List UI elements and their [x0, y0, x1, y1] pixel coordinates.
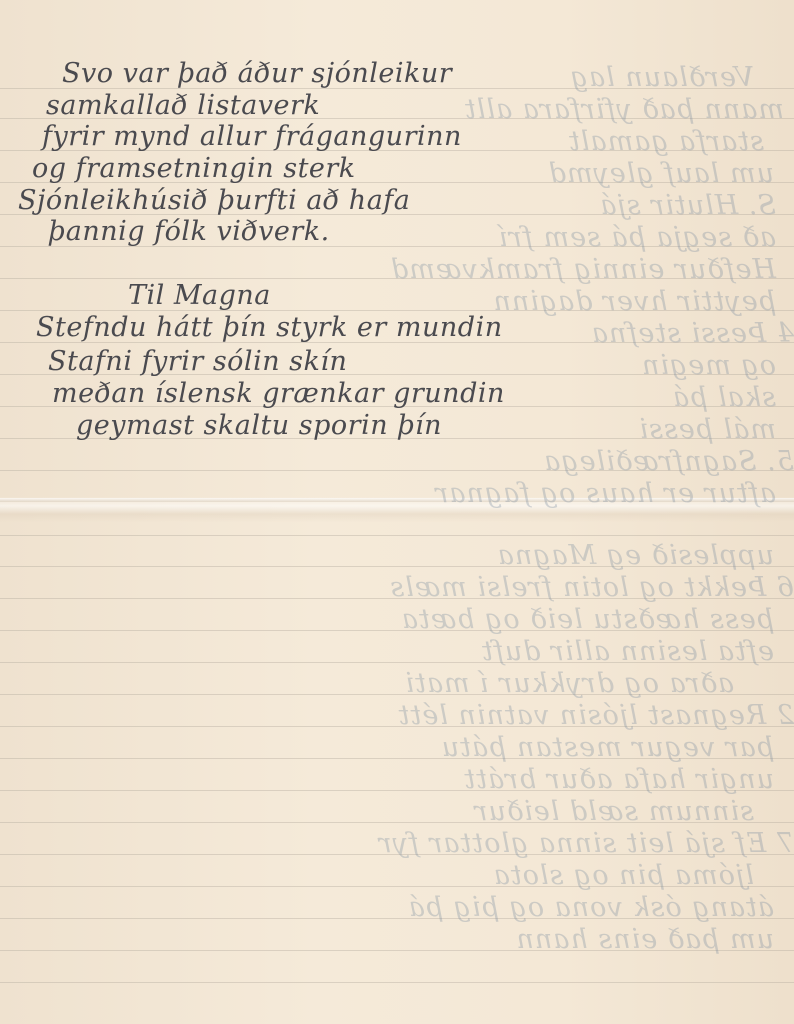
ruled-line: [0, 694, 794, 695]
bleed-line: S. Hlutir sjá: [599, 190, 776, 221]
bleed-line: mann það yfirfara allt: [464, 94, 784, 125]
handwritten-line: og framsetningin sterk: [32, 153, 356, 184]
ruled-line: [0, 662, 794, 663]
ruled-line: [0, 598, 794, 599]
bleed-line: um lauf gleymd: [548, 158, 774, 189]
dedication-line: Til Magna: [128, 280, 271, 311]
ruled-line: [0, 790, 794, 791]
ruled-line: [0, 854, 794, 855]
ruled-line: [0, 918, 794, 919]
bleed-line: 4 Þessi stefna: [591, 318, 794, 349]
ruled-line: [0, 630, 794, 631]
ruled-line: [0, 758, 794, 759]
ruled-line: [0, 950, 794, 951]
handwritten-line: Stafni fyrir sólin skín: [48, 346, 347, 377]
ruled-line: [0, 566, 794, 567]
handwritten-line: meðan íslensk grænkar grundin: [52, 378, 505, 409]
bleed-line: aftur er haus og fagnar: [435, 478, 777, 509]
ruled-line: [0, 470, 794, 471]
ruled-line: [0, 822, 794, 823]
bleed-line: mál þessi: [638, 414, 776, 445]
bleed-line: að segja þá sem frí: [498, 222, 776, 253]
ruled-line: [0, 726, 794, 727]
ruled-line: [0, 982, 794, 983]
handwritten-line: Stefndu hátt þín styrk er mundin: [36, 312, 503, 343]
ruled-line: [0, 886, 794, 887]
bleed-line: þeyttir hver daginn: [492, 286, 776, 317]
handwritten-line: fyrir mynd allur frágangurinn: [42, 121, 462, 152]
bleed-line: og megin: [641, 350, 776, 381]
handwritten-line: geymast skaltu sporin þín: [76, 410, 442, 441]
handwritten-line: Svo var það áður sjónleikur: [62, 58, 452, 89]
bleed-line: starfa gamalt: [568, 126, 764, 157]
handwritten-line: þannig fólk viðverk.: [48, 216, 330, 247]
letter-page: Verðlaun lag mann það yfirfara allt star…: [0, 0, 794, 1024]
ruled-line: [0, 310, 794, 311]
bleed-line: skal þá: [672, 382, 776, 413]
ruled-line: [0, 535, 794, 536]
handwritten-line: Sjónleikhúsið þurfti að hafa: [18, 185, 410, 216]
bleed-line: 5. Sagnfræðilega: [543, 446, 794, 477]
bleed-line: Hefður einnig framkvæmd: [390, 254, 776, 285]
handwritten-line: samkallað listaverk: [46, 90, 320, 121]
ruled-line: [0, 278, 794, 279]
paper-fold: [0, 498, 794, 502]
